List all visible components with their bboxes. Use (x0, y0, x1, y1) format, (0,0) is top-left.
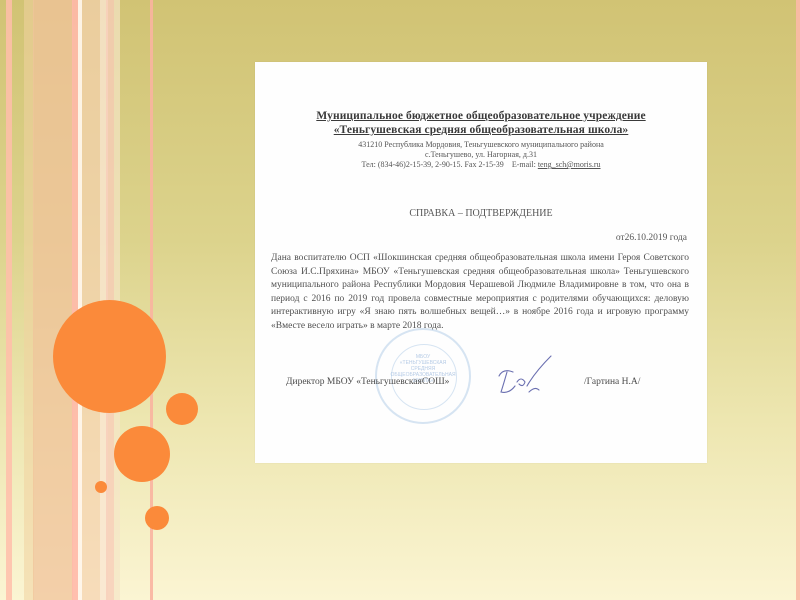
decorative-circle (53, 300, 166, 413)
org-city: с.Теньгушево, ул. Нагорная, д.31 (255, 150, 707, 159)
decorative-stripe (6, 0, 12, 600)
document-title: СПРАВКА – ПОДТВЕРЖДЕНИЕ (255, 208, 707, 219)
org-address: 431210 Республика Мордовия, Теньгушевско… (255, 140, 707, 149)
signatory-name: /Гартина Н.А/ (584, 377, 640, 387)
decorative-stripe (82, 0, 100, 600)
org-email: teng_sch@moris.ru (538, 160, 601, 169)
school-stamp: МБОУ «ТЕНЬГУШЕВСКАЯ СРЕДНЯЯ ОБЩЕОБРАЗОВА… (375, 328, 471, 424)
signature-label: Директор МБОУ «ТеньгушевскаяСОШ» (286, 377, 449, 387)
org-name-line2: «Теньгушевская средняя общеобразовательн… (255, 124, 707, 136)
org-name-line1: Муниципальное бюджетное общеобразователь… (255, 110, 707, 122)
decorative-circle (145, 506, 169, 530)
org-contacts: Тел: (834-46)2-15-39, 2-90-15. Fax 2-15-… (255, 160, 707, 169)
org-phone: Тел: (834-46)2-15-39, 2-90-15. Fax 2-15-… (361, 160, 503, 169)
decorative-circle (166, 393, 198, 425)
email-label: E-mail: (512, 160, 536, 169)
decorative-circle (95, 481, 107, 493)
document-date: от26.10.2019 года (616, 233, 687, 243)
decorative-circle (114, 426, 170, 482)
document-body: Дана воспитателю ОСП «Шокшинская средняя… (271, 252, 689, 334)
decorative-stripe (796, 0, 800, 600)
signature-mark (495, 352, 555, 402)
decorative-stripe (33, 0, 73, 600)
document-image: Муниципальное бюджетное общеобразователь… (255, 62, 707, 463)
